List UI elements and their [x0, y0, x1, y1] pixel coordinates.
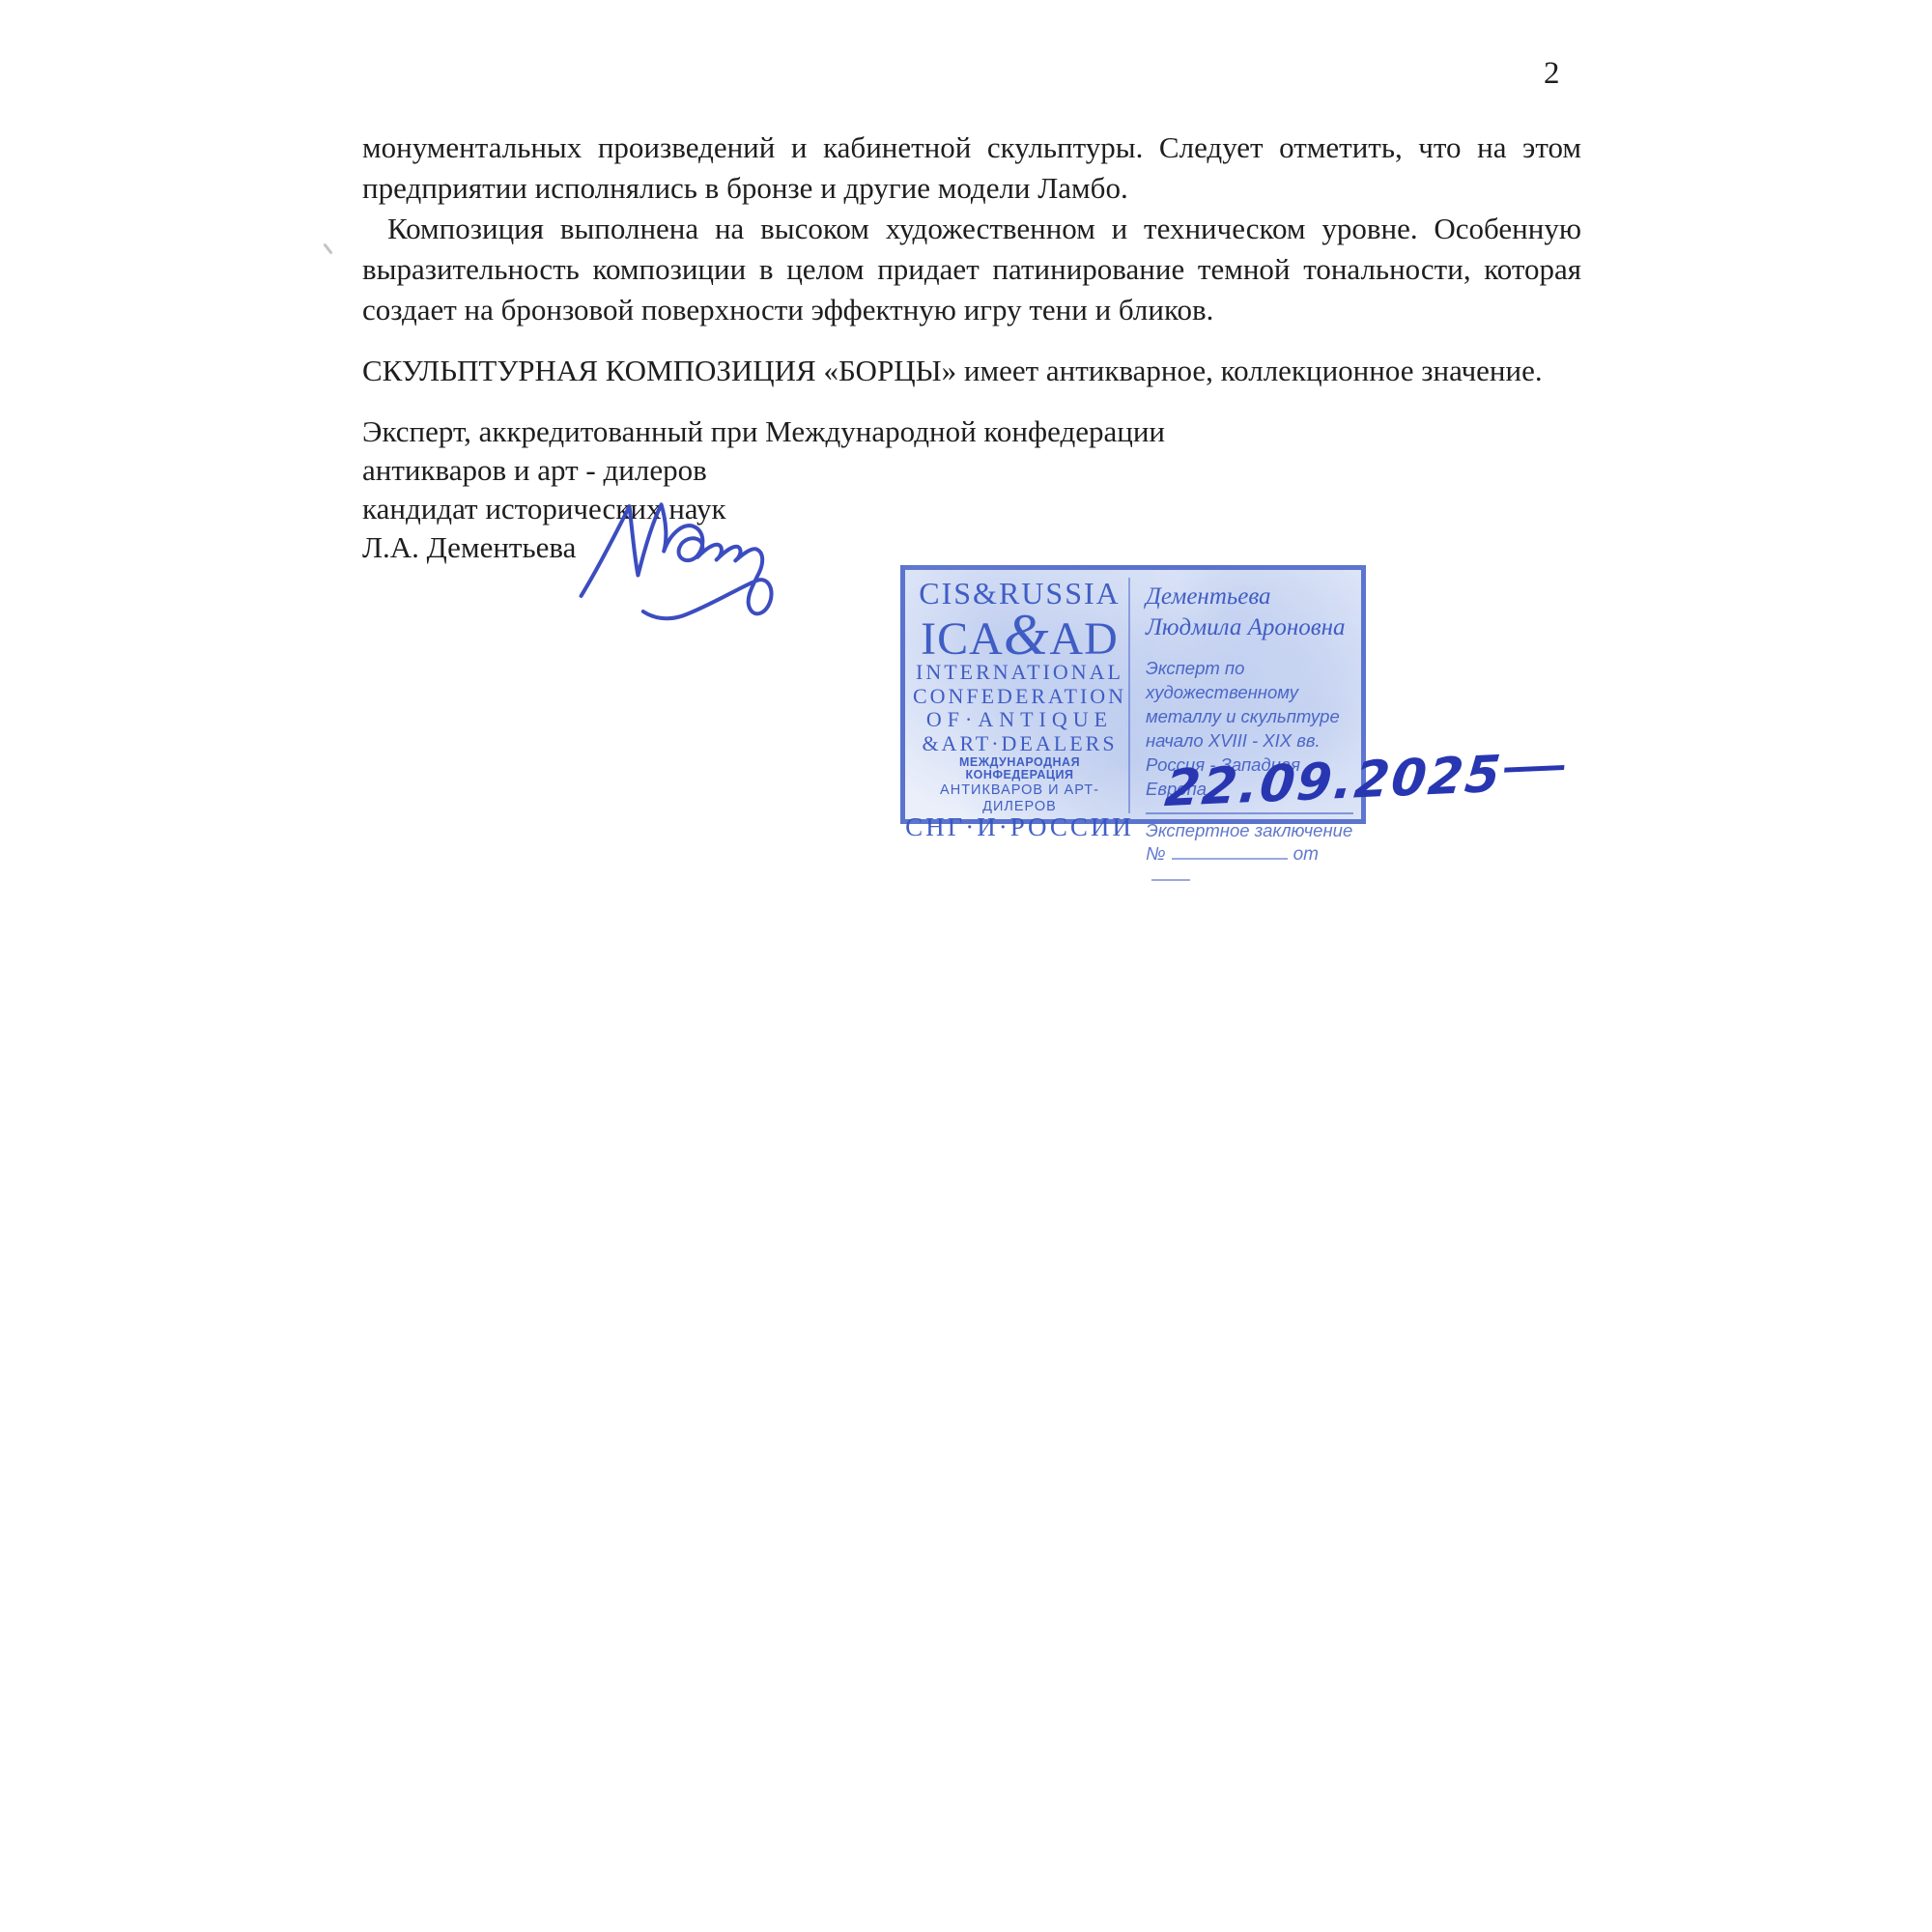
body-text: монументальных произведений и кабинетной…: [362, 128, 1581, 330]
signature-stroke: [582, 504, 772, 618]
stamp-icaad: ICA&AD: [921, 609, 1119, 661]
stamp-cyrillic-line: МЕЖДУНАРОДНАЯ КОНФЕДЕРАЦИЯ: [915, 756, 1124, 783]
stamp-left-column: CIS&RUSSIA ICA&AD INTERNATIONAL CONFEDER…: [905, 570, 1128, 819]
scan-speck: [323, 242, 332, 254]
paragraph: Композиция выполнена на высоком художест…: [362, 209, 1581, 330]
stamp-ica: ICA: [921, 613, 1004, 665]
conclusion-line: СКУЛЬПТУРНАЯ КОМПОЗИЦИЯ «БОРЦЫ» имеет ан…: [362, 354, 1618, 388]
stamp-latin-line: CONFEDERATION: [913, 685, 1126, 709]
stamp-number-sign: №: [1146, 844, 1166, 865]
stamp-cyrillic-line: СНГ·И·РОССИИ: [905, 814, 1134, 840]
paragraph: монументальных произведений и кабинетной…: [362, 128, 1581, 209]
stamp-ot-label: от: [1293, 844, 1319, 865]
handwritten-signature: [578, 483, 802, 636]
stamp-expert-surname: Дементьева: [1146, 582, 1360, 612]
date-tail-stroke: [1504, 764, 1564, 772]
stamp-latin-line: &ART·DEALERS: [922, 732, 1117, 756]
page-number: 2: [1544, 56, 1560, 92]
stamp-expert-givenname: Людмила Ароновна: [1146, 612, 1360, 643]
stamp-ad: AD: [1050, 613, 1119, 665]
stamp-specialty-line: Эксперт по художественному: [1146, 656, 1360, 704]
document-page: 2 монументальных произведений и кабинетн…: [0, 0, 1932, 1932]
stamp-blank-line: [1151, 867, 1190, 881]
stamp-latin-line: INTERNATIONAL: [916, 661, 1123, 685]
stamp-ampersand: &: [1004, 603, 1050, 667]
stamp-latin-line: OF·ANTIQUE: [926, 708, 1113, 732]
stamp-cyrillic-line: АНТИКВАРОВ И АРТ-ДИЛЕРОВ: [915, 782, 1124, 814]
credentials-line: Эксперт, аккредитованный при Международн…: [362, 412, 1165, 451]
stamp-number-line: №от: [1146, 844, 1360, 887]
stamp-blank-line: [1172, 846, 1288, 860]
stamp-specialty-line: металлу и скульптуре: [1146, 704, 1360, 728]
stamp-conclusion-label: Экспертное заключение: [1146, 819, 1360, 842]
stamp-specialty-line: начало XVIII - XIX вв.: [1146, 728, 1360, 753]
